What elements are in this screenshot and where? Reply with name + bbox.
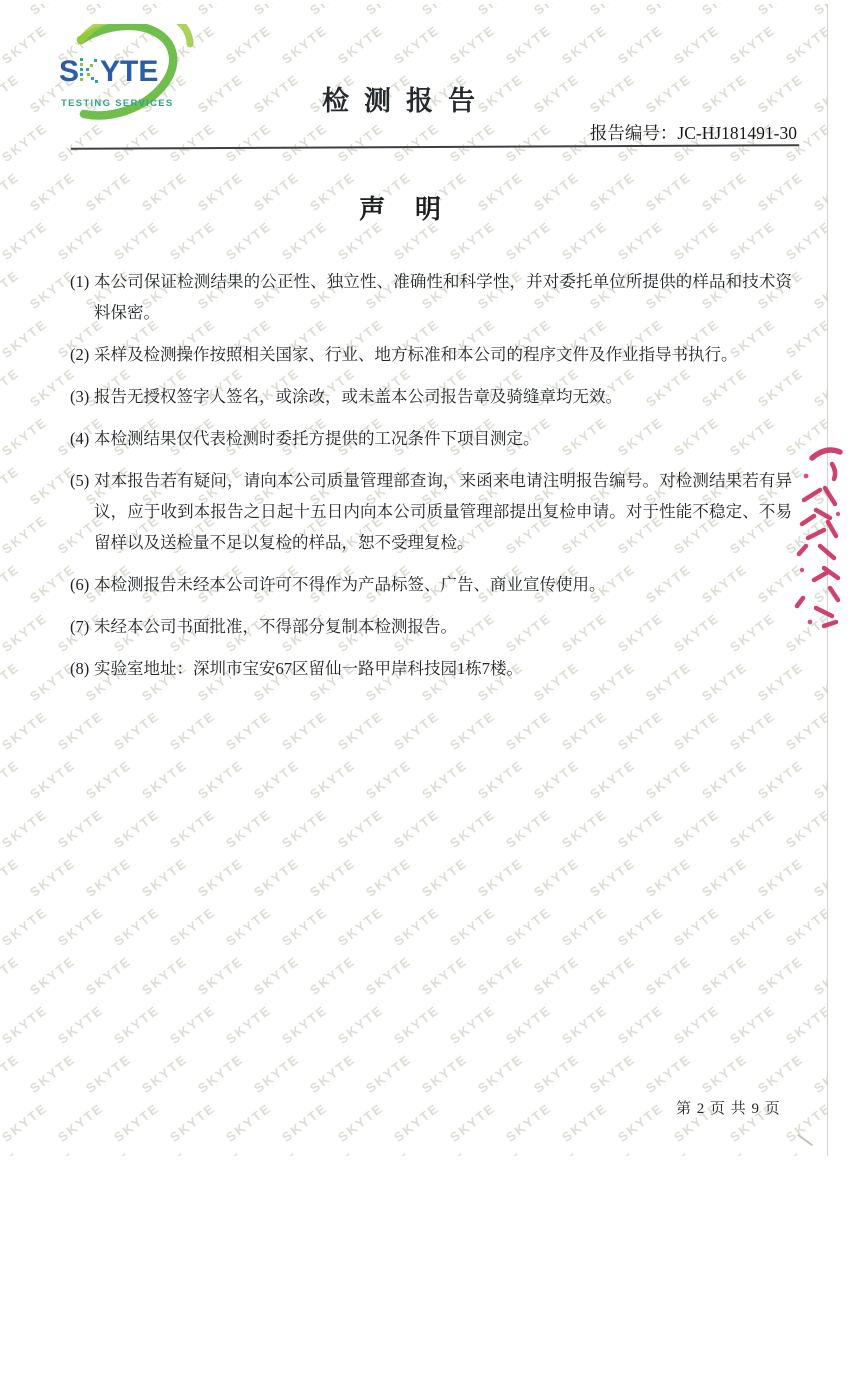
watermark-text: SKYTE — [0, 1002, 50, 1047]
watermark-text: SKYTE — [671, 904, 722, 949]
watermark-text: SKYTE — [643, 1051, 694, 1096]
watermark-text: SKYTE — [0, 365, 22, 410]
watermark-text: SKYTE — [587, 1149, 638, 1156]
watermark-text: SKYTE — [0, 414, 50, 459]
watermark-text: SKYTE — [419, 4, 470, 18]
watermark-text: SKYTE — [811, 855, 828, 900]
watermark-text: SKYTE — [727, 708, 778, 753]
watermark-text: SKYTE — [335, 904, 386, 949]
watermark-text: SKYTE — [699, 757, 750, 802]
watermark-text: SKYTE — [0, 904, 50, 949]
watermark-text: SKYTE — [307, 4, 358, 18]
item-text: 本检测报告未经本公司许可不得作为产品标签、广告、商业宣传使用。 — [94, 575, 606, 594]
watermark-text: SKYTE — [671, 1002, 722, 1047]
watermark-text: SKYTE — [699, 4, 750, 18]
watermark-text: SKYTE — [783, 22, 828, 67]
watermark-text: SKYTE — [811, 267, 828, 312]
watermark-text: SKYTE — [223, 904, 274, 949]
watermark-text: SKYTE — [391, 1002, 442, 1047]
watermark-text: SKYTE — [783, 1100, 828, 1145]
watermark-text: SKYTE — [363, 4, 414, 18]
item-text: 实验室地址：深圳市宝安67区留仙一路甲岸科技园1栋7楼。 — [94, 659, 523, 678]
watermark-text: SKYTE — [391, 904, 442, 949]
watermark-text: SKYTE — [811, 4, 828, 18]
watermark-text: SKYTE — [475, 1149, 526, 1156]
item-number: (6) — [70, 569, 89, 600]
watermark-text: SKYTE — [587, 855, 638, 900]
watermark-text: SKYTE — [279, 1100, 330, 1145]
watermark-text: SKYTE — [531, 4, 582, 18]
item-number: (7) — [70, 611, 89, 642]
watermark-text: SKYTE — [811, 365, 828, 410]
watermark-text: SKYTE — [307, 953, 358, 998]
watermark-text: SKYTE — [279, 806, 330, 851]
item-number: (2) — [70, 339, 89, 370]
watermark-text: SKYTE — [0, 4, 22, 18]
watermark-text: SKYTE — [27, 855, 78, 900]
seam-stamp-icon — [792, 430, 846, 635]
watermark-text: SKYTE — [503, 708, 554, 753]
item-text: 对本报告若有疑问，请向本公司质量管理部查询，来函来电请注明报告编号。对检测结果若… — [94, 471, 792, 552]
watermark-text: SKYTE — [503, 1002, 554, 1047]
watermark-text: SKYTE — [55, 806, 106, 851]
watermark-text: SKYTE — [811, 1149, 828, 1156]
watermark-text: SKYTE — [83, 4, 134, 18]
watermark-text: SKYTE — [811, 71, 828, 116]
declaration-item-8: (8)实验室地址：深圳市宝安67区留仙一路甲岸科技园1栋7楼。 — [70, 653, 792, 684]
watermark-text: SKYTE — [615, 22, 666, 67]
watermark-text: SKYTE — [447, 904, 498, 949]
watermark-text: SKYTE — [447, 22, 498, 67]
watermark-text: SKYTE — [27, 1149, 78, 1156]
watermark-text: SKYTE — [223, 1100, 274, 1145]
watermark-text: SKYTE — [559, 904, 610, 949]
watermark-text: SKYTE — [0, 512, 50, 557]
watermark-text: SKYTE — [699, 1149, 750, 1156]
watermark-text: SKYTE — [671, 806, 722, 851]
watermark-text: SKYTE — [83, 855, 134, 900]
watermark-text: SKYTE — [0, 757, 22, 802]
watermark-text: SKYTE — [251, 1149, 302, 1156]
watermark-text: SKYTE — [363, 757, 414, 802]
watermark-text: SKYTE — [111, 1002, 162, 1047]
watermark-text: SKYTE — [55, 708, 106, 753]
watermark-text: SKYTE — [335, 1002, 386, 1047]
watermark-text: SKYTE — [615, 1002, 666, 1047]
watermark-text: SKYTE — [139, 1149, 190, 1156]
watermark-text: SKYTE — [559, 22, 610, 67]
watermark-text: SKYTE — [643, 757, 694, 802]
watermark-text: SKYTE — [755, 855, 806, 900]
watermark-text: SKYTE — [419, 855, 470, 900]
watermark-text: SKYTE — [475, 757, 526, 802]
watermark-text: SKYTE — [363, 1051, 414, 1096]
declaration-item-6: (6)本检测报告未经本公司许可不得作为产品标签、广告、商业宣传使用。 — [70, 569, 792, 600]
watermark-text: SKYTE — [755, 1149, 806, 1156]
report-number-value: JC-HJ181491-30 — [677, 123, 797, 143]
watermark-text: SKYTE — [727, 22, 778, 67]
watermark-text: SKYTE — [223, 1002, 274, 1047]
watermark-text: SKYTE — [447, 708, 498, 753]
watermark-text: SKYTE — [307, 1051, 358, 1096]
watermark-text: SKYTE — [447, 1002, 498, 1047]
watermark-text: SKYTE — [0, 953, 22, 998]
watermark-text: SKYTE — [755, 1051, 806, 1096]
declaration-item-2: (2)采样及检测操作按照相关国家、行业、地方标准和本公司的程序文件及作业指导书执… — [70, 339, 792, 370]
watermark-text: SKYTE — [811, 659, 828, 704]
watermark-text: SKYTE — [0, 267, 22, 312]
watermark-text: SKYTE — [587, 757, 638, 802]
watermark-text: SKYTE — [0, 855, 22, 900]
watermark-text: SKYTE — [279, 1002, 330, 1047]
watermark-text: SKYTE — [811, 1051, 828, 1096]
watermark-text: SKYTE — [783, 904, 828, 949]
watermark-text: SKYTE — [587, 4, 638, 18]
watermark-text: SKYTE — [615, 708, 666, 753]
watermark-text: SKYTE — [615, 904, 666, 949]
watermark-text: SKYTE — [195, 855, 246, 900]
watermark-text: SKYTE — [27, 1051, 78, 1096]
watermark-text: SKYTE — [167, 708, 218, 753]
watermark-text: SKYTE — [811, 953, 828, 998]
watermark-text: SKYTE — [251, 4, 302, 18]
watermark-text: SKYTE — [111, 806, 162, 851]
watermark-text: SKYTE — [419, 953, 470, 998]
watermark-text: SKYTE — [643, 1149, 694, 1156]
watermark-text: SKYTE — [27, 757, 78, 802]
declaration-item-4: (4)本检测结果仅代表检测时委托方提供的工况条件下项目测定。 — [70, 423, 792, 454]
watermark-text: SKYTE — [55, 1100, 106, 1145]
declaration-item-7: (7)未经本公司书面批准，不得部分复制本检测报告。 — [70, 611, 792, 642]
watermark-text: SKYTE — [195, 953, 246, 998]
watermark-text: SKYTE — [251, 953, 302, 998]
declaration-list: (1)本公司保证检测结果的公正性、独立性、准确性和科学性，并对委托单位所提供的样… — [70, 266, 792, 695]
watermark-text: SKYTE — [195, 1051, 246, 1096]
declaration-item-3: (3)报告无授权签字人签名，或涂改，或未盖本公司报告章及骑缝章均无效。 — [70, 381, 792, 412]
watermark-text: SKYTE — [531, 757, 582, 802]
watermark-text: SKYTE — [307, 855, 358, 900]
watermark-text: SKYTE — [307, 1149, 358, 1156]
watermark-text: SKYTE — [727, 1002, 778, 1047]
watermark-text: SKYTE — [0, 708, 50, 753]
watermark-text: SKYTE — [391, 806, 442, 851]
item-text: 报告无授权签字人签名，或涂改，或未盖本公司报告章及骑缝章均无效。 — [94, 387, 622, 406]
watermark-text: SKYTE — [0, 1149, 22, 1156]
declaration-item-1: (1)本公司保证检测结果的公正性、独立性、准确性和科学性，并对委托单位所提供的样… — [70, 266, 792, 328]
watermark-text: SKYTE — [223, 22, 274, 67]
watermark-text: SKYTE — [755, 4, 806, 18]
watermark-text: SKYTE — [615, 1100, 666, 1145]
page-number: 第 2 页 共 9 页 — [676, 1097, 781, 1118]
watermark-text: SKYTE — [335, 806, 386, 851]
watermark-text: SKYTE — [167, 1002, 218, 1047]
watermark-text: SKYTE — [447, 1100, 498, 1145]
item-text: 未经本公司书面批准，不得部分复制本检测报告。 — [94, 617, 457, 636]
watermark-text: SKYTE — [139, 855, 190, 900]
watermark-text: SKYTE — [27, 953, 78, 998]
watermark-text: SKYTE — [279, 708, 330, 753]
watermark-text: SKYTE — [0, 610, 50, 655]
declaration-item-5: (5)对本报告若有疑问，请向本公司质量管理部查询，来函来电请注明报告编号。对检测… — [70, 465, 792, 558]
watermark-text: SKYTE — [167, 1100, 218, 1145]
watermark-text: SKYTE — [83, 1051, 134, 1096]
watermark-text: SKYTE — [419, 1149, 470, 1156]
watermark-text: SKYTE — [0, 659, 22, 704]
watermark-text: SKYTE — [83, 757, 134, 802]
watermark-text: SKYTE — [419, 1051, 470, 1096]
watermark-text: SKYTE — [615, 806, 666, 851]
watermark-text: SKYTE — [307, 757, 358, 802]
watermark-text: SKYTE — [195, 4, 246, 18]
report-page: SKYTESKYTESKYTESKYTESKYTESKYTESKYTESKYTE… — [0, 0, 850, 1400]
watermark-text: SKYTE — [783, 1002, 828, 1047]
document-title: 检测报告 — [0, 79, 812, 118]
watermark-text: SKYTE — [447, 806, 498, 851]
watermark-text: SKYTE — [699, 953, 750, 998]
watermark-text: SKYTE — [195, 1149, 246, 1156]
watermark-text: SKYTE — [279, 22, 330, 67]
watermark-text: SKYTE — [475, 1051, 526, 1096]
watermark-text: SKYTE — [111, 1100, 162, 1145]
watermark-text: SKYTE — [167, 806, 218, 851]
watermark-text: SKYTE — [195, 757, 246, 802]
watermark-text: SKYTE — [671, 22, 722, 67]
watermark-text: SKYTE — [531, 1149, 582, 1156]
report-number: 报告编号：JC-HJ181491-30 — [0, 120, 797, 145]
watermark-text: SKYTE — [363, 953, 414, 998]
watermark-text: SKYTE — [643, 4, 694, 18]
watermark-text: SKYTE — [0, 22, 50, 67]
watermark-text: SKYTE — [111, 708, 162, 753]
watermark-text: SKYTE — [755, 757, 806, 802]
watermark-text: SKYTE — [335, 1100, 386, 1145]
watermark-text: SKYTE — [0, 806, 50, 851]
watermark-text: SKYTE — [0, 316, 50, 361]
watermark-text: SKYTE — [531, 1051, 582, 1096]
item-number: (5) — [70, 465, 89, 496]
watermark-text: SKYTE — [335, 708, 386, 753]
watermark-text: SKYTE — [391, 708, 442, 753]
watermark-text: SKYTE — [0, 1051, 22, 1096]
item-text: 采样及检测操作按照相关国家、行业、地方标准和本公司的程序文件及作业指导书执行。 — [94, 345, 738, 364]
watermark-text: SKYTE — [727, 806, 778, 851]
watermark-text: SKYTE — [139, 757, 190, 802]
watermark-text: SKYTE — [503, 22, 554, 67]
item-number: (8) — [70, 653, 89, 684]
watermark-text: SKYTE — [811, 757, 828, 802]
watermark-text: SKYTE — [475, 4, 526, 18]
watermark-text: SKYTE — [223, 708, 274, 753]
watermark-text: SKYTE — [55, 1002, 106, 1047]
watermark-text: SKYTE — [55, 904, 106, 949]
watermark-text: SKYTE — [139, 953, 190, 998]
watermark-text: SKYTE — [531, 953, 582, 998]
watermark-text: SKYTE — [727, 904, 778, 949]
watermark-text: SKYTE — [83, 953, 134, 998]
watermark-text: SKYTE — [251, 757, 302, 802]
watermark-text: SKYTE — [251, 1051, 302, 1096]
watermark-text: SKYTE — [643, 953, 694, 998]
item-number: (4) — [70, 423, 89, 454]
watermark-text: SKYTE — [587, 1051, 638, 1096]
watermark-text: SKYTE — [475, 953, 526, 998]
watermark-text: SKYTE — [27, 4, 78, 18]
watermark-text: SKYTE — [83, 1149, 134, 1156]
watermark-text: SKYTE — [0, 463, 22, 508]
watermark-text: SKYTE — [755, 953, 806, 998]
watermark-text: SKYTE — [699, 855, 750, 900]
watermark-text: SKYTE — [279, 904, 330, 949]
watermark-text: SKYTE — [559, 806, 610, 851]
watermark-text: SKYTE — [559, 1002, 610, 1047]
watermark-text: SKYTE — [503, 806, 554, 851]
item-number: (1) — [70, 266, 89, 297]
watermark-text: SKYTE — [139, 1051, 190, 1096]
watermark-text: SKYTE — [531, 855, 582, 900]
item-text: 本公司保证检测结果的公正性、独立性、准确性和科学性，并对委托单位所提供的样品和技… — [94, 272, 792, 322]
watermark-text: SKYTE — [783, 806, 828, 851]
watermark-text: SKYTE — [559, 708, 610, 753]
watermark-text: SKYTE — [671, 708, 722, 753]
watermark-text: SKYTE — [335, 22, 386, 67]
watermark-text: SKYTE — [167, 904, 218, 949]
item-text: 本检测结果仅代表检测时委托方提供的工况条件下项目测定。 — [94, 429, 540, 448]
watermark-text: SKYTE — [559, 1100, 610, 1145]
watermark-text: SKYTE — [475, 855, 526, 900]
watermark-text: SKYTE — [503, 1100, 554, 1145]
watermark-text: SKYTE — [223, 806, 274, 851]
watermark-text: SKYTE — [0, 561, 22, 606]
watermark-text: SKYTE — [391, 22, 442, 67]
watermark-text: SKYTE — [111, 904, 162, 949]
watermark-text: SKYTE — [643, 855, 694, 900]
watermark-text: SKYTE — [139, 4, 190, 18]
watermark-text: SKYTE — [587, 953, 638, 998]
watermark-text: SKYTE — [503, 904, 554, 949]
watermark-text: SKYTE — [251, 855, 302, 900]
watermark-text: SKYTE — [419, 757, 470, 802]
watermark-text: SKYTE — [391, 1100, 442, 1145]
watermark-text: SKYTE — [0, 1100, 50, 1145]
watermark-text: SKYTE — [699, 1051, 750, 1096]
watermark-text: SKYTE — [363, 1149, 414, 1156]
report-number-label: 报告编号： — [590, 123, 678, 143]
watermark-text: SKYTE — [783, 708, 828, 753]
watermark-text: SKYTE — [363, 855, 414, 900]
declaration-heading: 声明 — [0, 189, 830, 226]
item-number: (3) — [70, 381, 89, 412]
